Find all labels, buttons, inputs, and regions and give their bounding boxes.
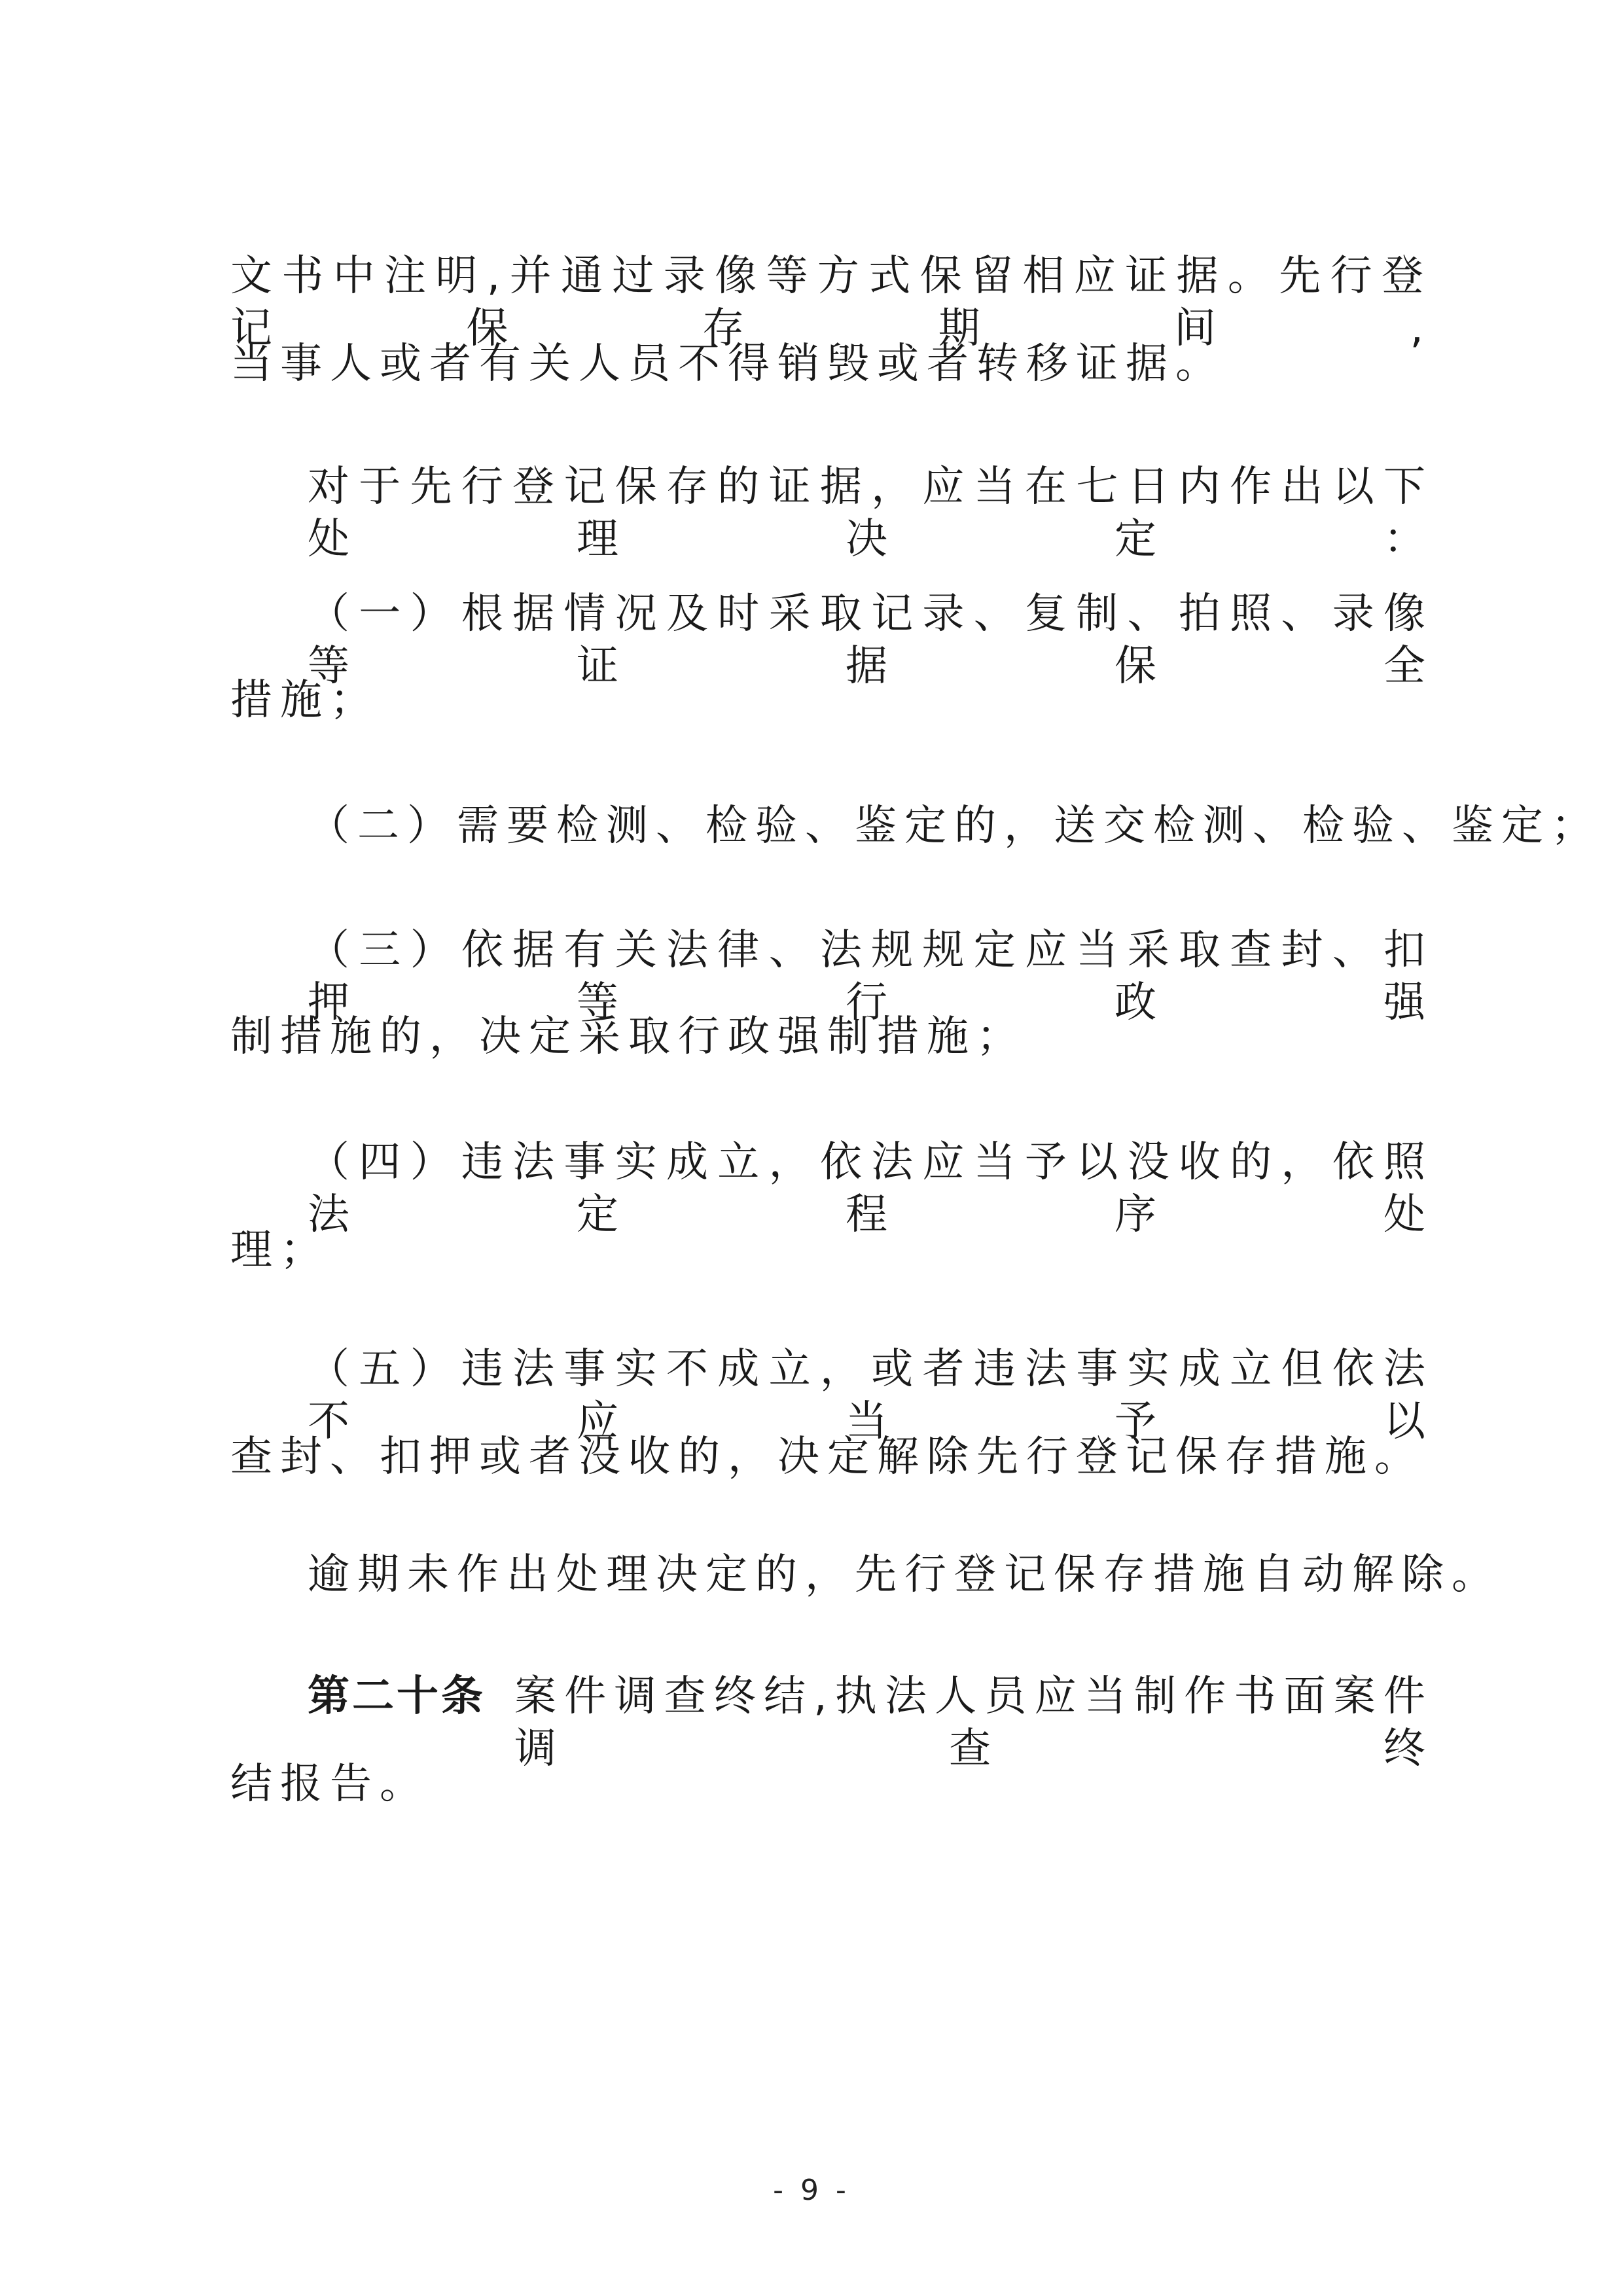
document-page: 文书中注明,并通过录像等方式保留相应证据。先行登记保存期间, 当事人或者有关人员… [0, 0, 1623, 2296]
list-item-1-line-2: 措施； [230, 674, 380, 726]
list-item-1-line-1: （一）根据情况及时采取记录、复制、拍照、录像等证据保全 [308, 588, 1433, 692]
list-item-5-line-2: 查封、扣押或者没收的，决定解除先行登记保存措施。 [230, 1431, 1424, 1483]
paragraph-overdue: 逾期未作出处理决定的，先行登记保存措施自动解除。 [308, 1549, 1501, 1601]
list-item-2: （二）需要检测、检验、鉴定的，送交检测、检验、鉴定； [308, 800, 1387, 852]
list-item-3-line-2: 制措施的，决定采取行政强制措施； [230, 1011, 1026, 1063]
page-number: - 9 - [0, 2174, 1623, 2207]
article-20-text: 案件调查终结,执法人员应当制作书面案件调查终 [514, 1670, 1433, 1775]
list-item-4-line-1: （四）违法事实成立，依法应当予以没收的，依照法定程序处 [308, 1136, 1433, 1241]
paragraph-continuation-line-2: 当事人或者有关人员不得销毁或者转移证据。 [230, 338, 1225, 390]
paragraph-intro: 对于先行登记保存的证据，应当在七日内作出以下处理决定： [308, 461, 1433, 565]
list-item-4-line-2: 理； [230, 1224, 330, 1276]
article-20-line-2: 结报告。 [230, 1758, 429, 1810]
article-20-line-1: 第二十条 案件调查终结,执法人员应当制作书面案件调查终 [308, 1670, 1433, 1775]
